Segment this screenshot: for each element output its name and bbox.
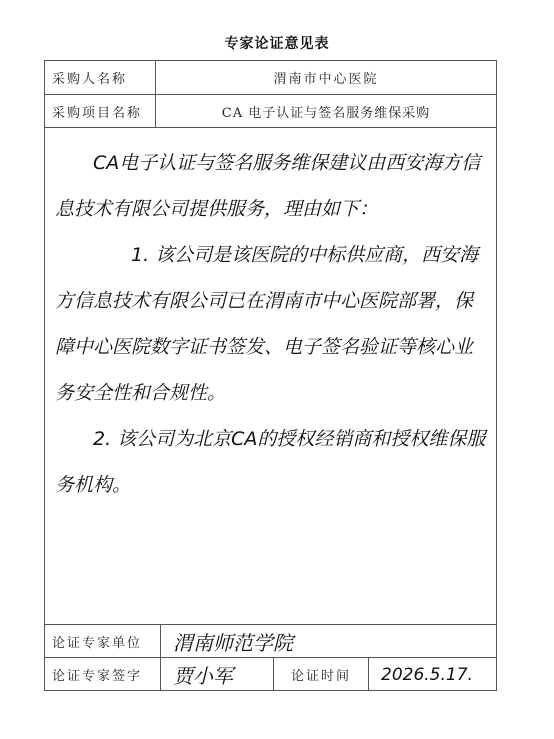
purchaser-label: 采购人名称 — [45, 61, 156, 94]
expert-opinion-form: 采购人名称 渭南市中心医院 采购项目名称 CA 电子认证与签名服务维保采购 CA… — [44, 60, 497, 691]
project-row: 采购项目名称 CA 电子认证与签名服务维保采购 — [45, 95, 496, 128]
date-label: 论证时间 — [274, 658, 369, 691]
form-title: 专家论证意见表 — [0, 33, 554, 53]
opinion-point-1: 1. 该公司是该医院的中标供应商，西安海方信息技术有限公司已在渭南市中心医院部署… — [55, 232, 488, 416]
expert-unit-row: 论证专家单位 渭南师范学院 — [45, 625, 496, 658]
project-label: 采购项目名称 — [45, 95, 156, 127]
opinion-intro: CA电子认证与签名服务维保建议由西安海方信息技术有限公司提供服务，理由如下： — [55, 140, 488, 232]
purchaser-row: 采购人名称 渭南市中心医院 — [45, 61, 496, 95]
expert-signature-label: 论证专家签字 — [45, 658, 161, 691]
opinion-point-2: 2. 该公司为北京CA的授权经销商和授权维保服务机构。 — [55, 416, 488, 508]
purchaser-value: 渭南市中心医院 — [156, 61, 496, 94]
expert-signature: 贾小军 — [161, 658, 274, 691]
date-value: 2026.5.17. — [369, 658, 496, 691]
signature-row: 论证专家签字 贾小军 论证时间 2026.5.17. — [45, 658, 496, 691]
expert-unit-label: 论证专家单位 — [45, 625, 161, 657]
opinion-body: CA电子认证与签名服务维保建议由西安海方信息技术有限公司提供服务，理由如下： 1… — [45, 128, 496, 625]
project-value: CA 电子认证与签名服务维保采购 — [156, 95, 496, 127]
expert-unit-value: 渭南师范学院 — [161, 625, 496, 657]
